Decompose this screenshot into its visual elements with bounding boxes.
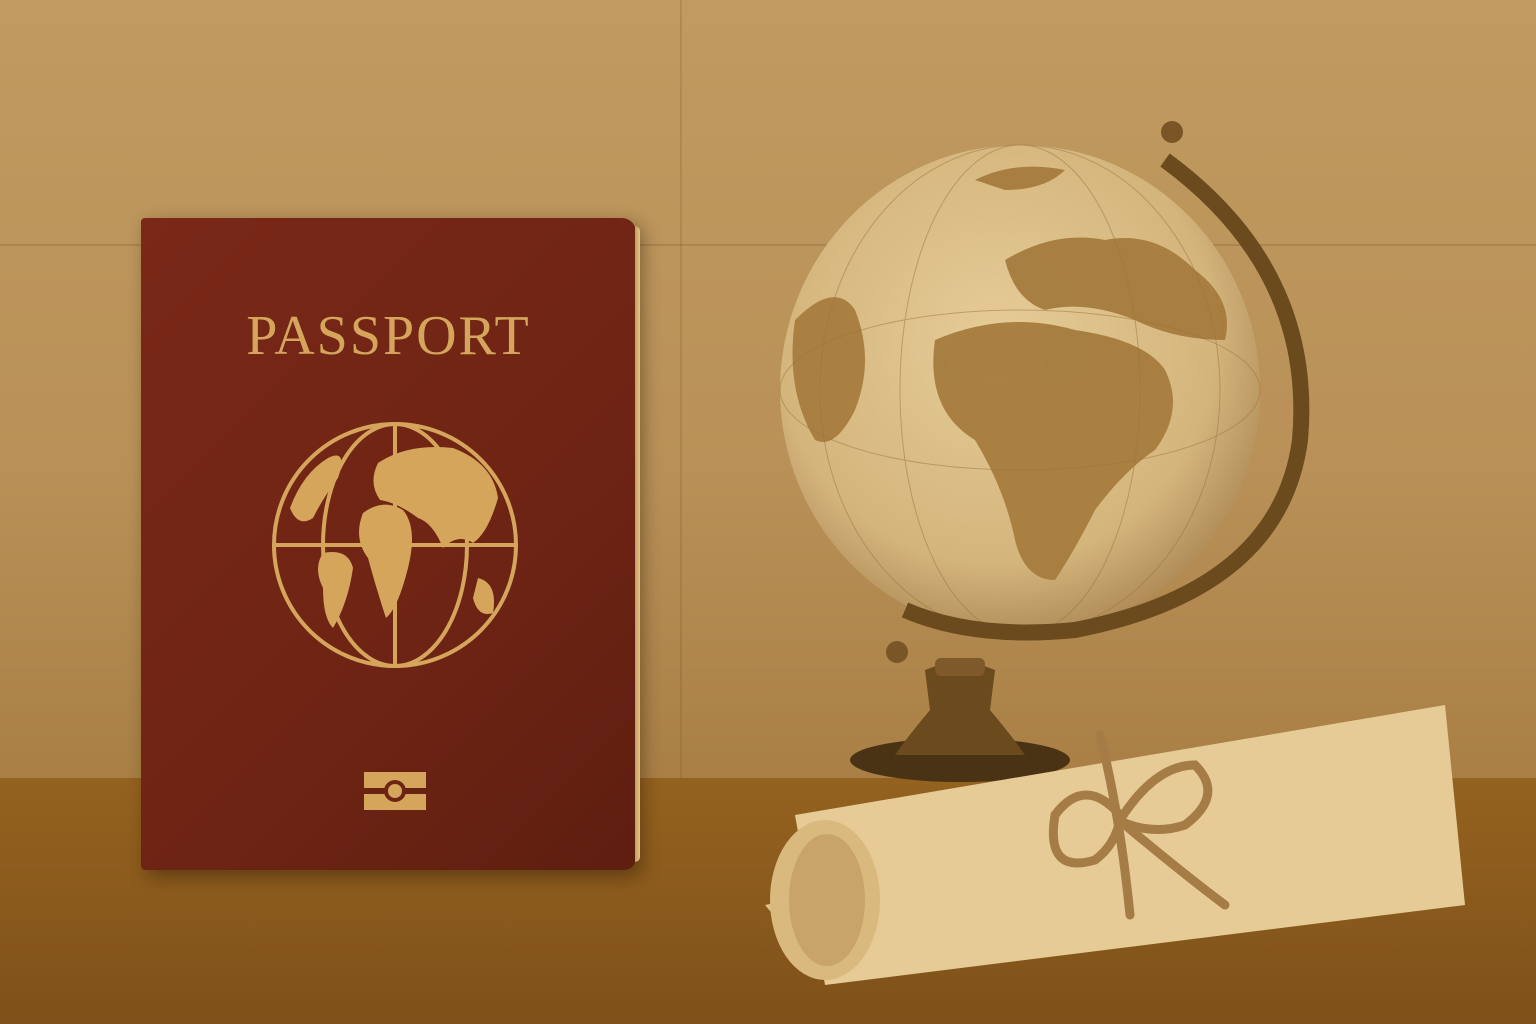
wall-seam xyxy=(680,0,682,778)
globe-top-finial xyxy=(1161,121,1183,143)
desk-globe xyxy=(775,110,1335,790)
rolled-scroll xyxy=(755,705,1475,995)
globe-bottom-finial xyxy=(886,641,908,663)
passport: PASSPORT xyxy=(141,218,636,870)
passport-title: PASSPORT xyxy=(141,304,636,368)
globe-emblem-icon xyxy=(268,418,523,673)
biometric-chip-icon xyxy=(364,772,426,812)
